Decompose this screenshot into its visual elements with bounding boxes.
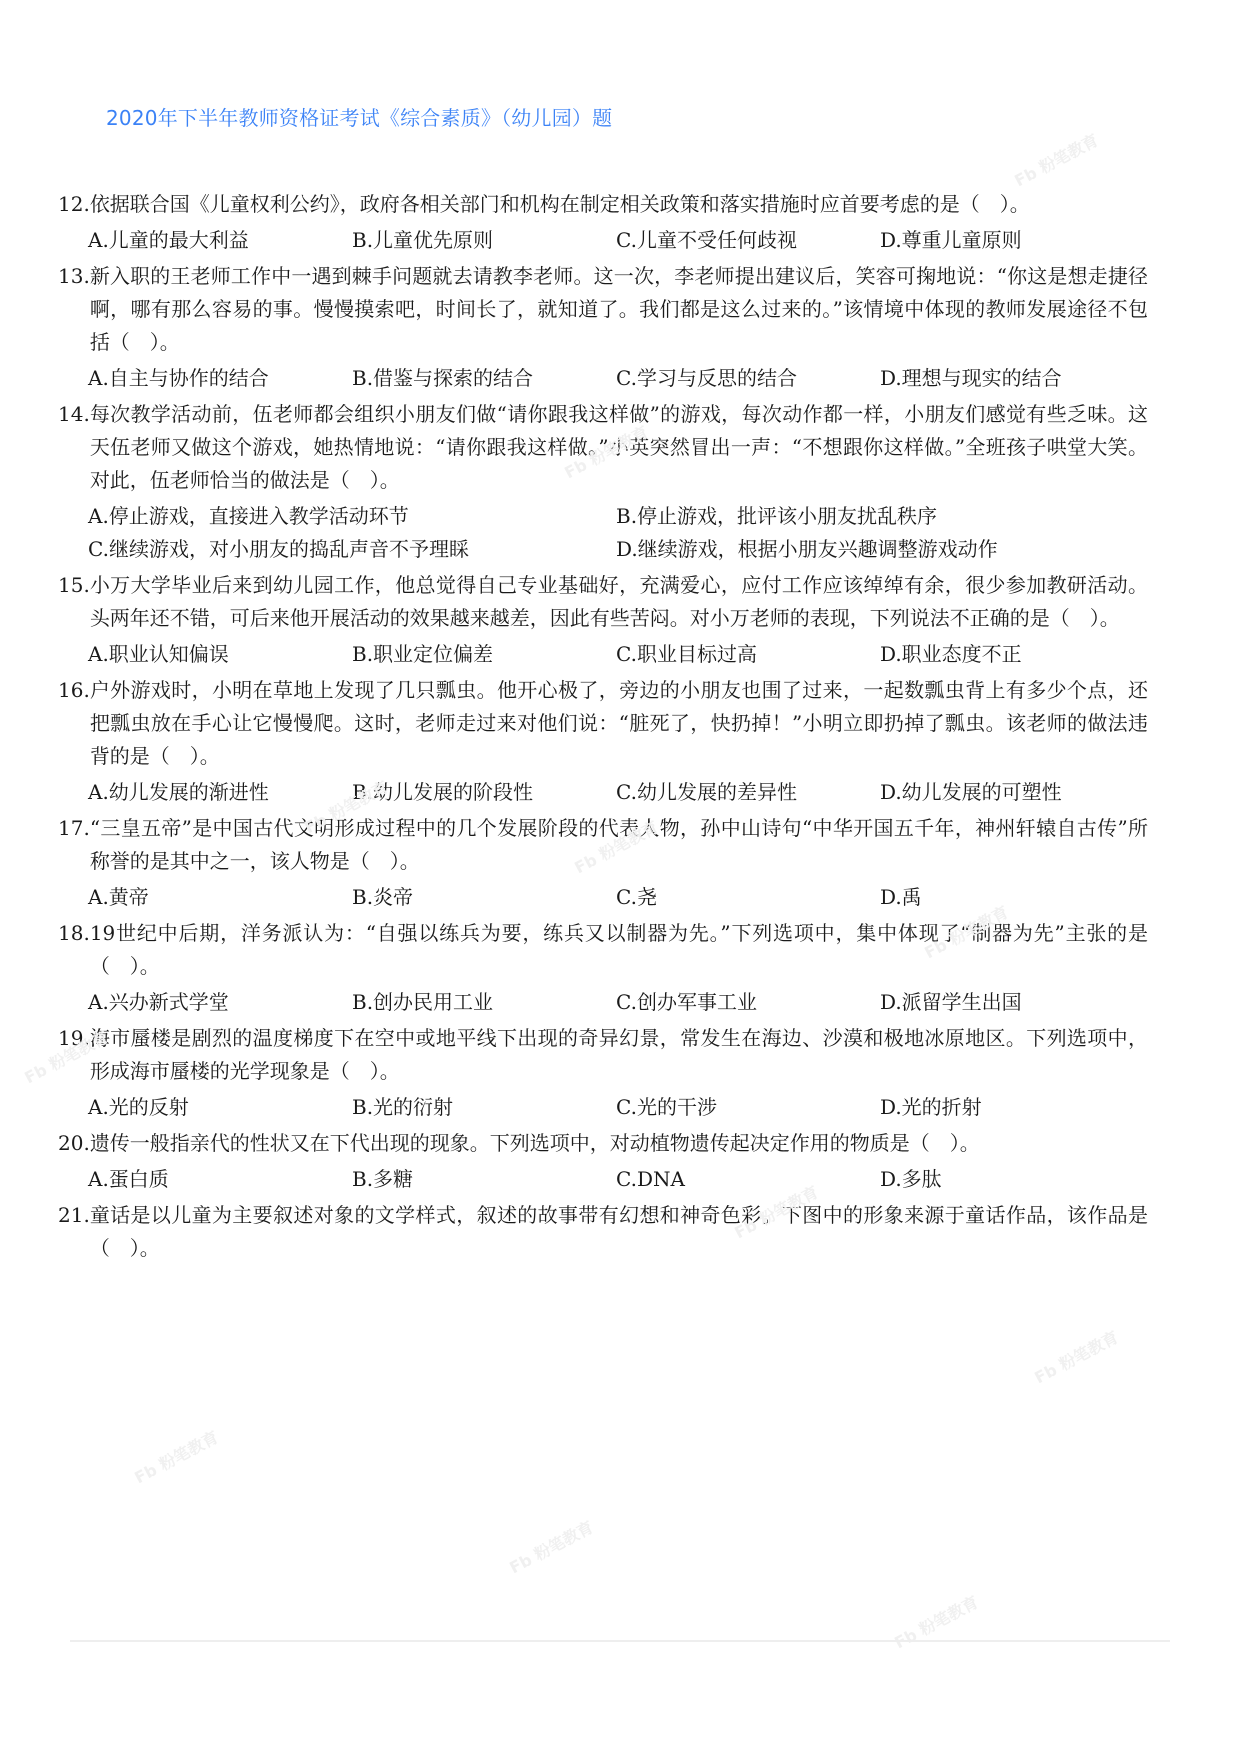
option-c: C.DNA xyxy=(616,1163,880,1196)
question-number: 17. xyxy=(58,812,90,878)
question-number: 14. xyxy=(58,398,90,497)
question-number: 12. xyxy=(58,188,90,221)
option-d: D.继续游戏，根据小朋友兴趣调整游戏动作 xyxy=(616,533,1144,566)
option-a: A.光的反射 xyxy=(88,1091,352,1124)
question-13: 13.新入职的王老师工作中一遇到棘手问题就去请教李老师。这一次，李老师提出建议后… xyxy=(58,260,1148,395)
question-number: 15. xyxy=(58,569,90,635)
option-c: C.职业目标过高 xyxy=(616,638,880,671)
option-b: B.创办民用工业 xyxy=(352,986,616,1019)
option-b: B.停止游戏，批评该小朋友扰乱秩序 xyxy=(616,500,1144,533)
question-stem: “三皇五帝”是中国古代文明形成过程中的几个发展阶段的代表人物，孙中山诗句“中华开… xyxy=(90,812,1148,878)
watermark: Fb 粉笔教育 xyxy=(890,1590,982,1653)
page-divider xyxy=(70,1640,1170,1642)
option-d: D.尊重儿童原则 xyxy=(880,224,1144,257)
question-stem: 遗传一般指亲代的性状又在下代出现的现象。下列选项中，对动植物遗传起决定作用的物质… xyxy=(90,1127,1148,1160)
option-a: A.自主与协作的结合 xyxy=(88,362,352,395)
option-c: C.继续游戏，对小朋友的捣乱声音不予理睬 xyxy=(88,533,616,566)
watermark: Fb 粉笔教育 xyxy=(505,1515,597,1578)
question-stem: 19世纪中后期，洋务派认为：“自强以练兵为要，练兵又以制器为先。”下列选项中，集… xyxy=(90,917,1148,983)
option-d: D.多肽 xyxy=(880,1163,1144,1196)
options: A.蛋白质 B.多糖 C.DNA D.多肽 xyxy=(58,1163,1148,1196)
option-a: A.黄帝 xyxy=(88,881,352,914)
options: A.黄帝 B.炎帝 C.尧 D.禹 xyxy=(58,881,1148,914)
question-number: 18. xyxy=(58,917,90,983)
watermark: Fb 粉笔教育 xyxy=(1010,128,1102,191)
option-b: B.幼儿发展的阶段性 xyxy=(352,776,616,809)
options: A.停止游戏，直接进入教学活动环节 B.停止游戏，批评该小朋友扰乱秩序 C.继续… xyxy=(58,500,1148,566)
option-d: D.职业态度不正 xyxy=(880,638,1144,671)
option-b: B.儿童优先原则 xyxy=(352,224,616,257)
option-b: B.职业定位偏差 xyxy=(352,638,616,671)
option-b: B.多糖 xyxy=(352,1163,616,1196)
options: A.职业认知偏误 B.职业定位偏差 C.职业目标过高 D.职业态度不正 xyxy=(58,638,1148,671)
question-15: 15.小万大学毕业后来到幼儿园工作，他总觉得自己专业基础好，充满爱心，应付工作应… xyxy=(58,569,1148,671)
question-stem: 依据联合国《儿童权利公约》，政府各相关部门和机构在制定相关政策和落实措施时应首要… xyxy=(90,188,1148,221)
option-a: A.蛋白质 xyxy=(88,1163,352,1196)
question-16: 16.户外游戏时，小明在草地上发现了几只瓢虫。他开心极了，旁边的小朋友也围了过来… xyxy=(58,674,1148,809)
option-b: B.光的衍射 xyxy=(352,1091,616,1124)
option-a: A.兴办新式学堂 xyxy=(88,986,352,1019)
question-number: 16. xyxy=(58,674,90,773)
question-stem: 小万大学毕业后来到幼儿园工作，他总觉得自己专业基础好，充满爱心，应付工作应该绰绰… xyxy=(90,569,1148,635)
option-a: A.停止游戏，直接进入教学活动环节 xyxy=(88,500,616,533)
question-stem: 童话是以儿童为主要叙述对象的文学样式，叙述的故事带有幻想和神奇色彩。下图中的形象… xyxy=(90,1199,1148,1265)
option-c: C.学习与反思的结合 xyxy=(616,362,880,395)
question-17: 17.“三皇五帝”是中国古代文明形成过程中的几个发展阶段的代表人物，孙中山诗句“… xyxy=(58,812,1148,914)
option-c: C.幼儿发展的差异性 xyxy=(616,776,880,809)
options: A.幼儿发展的渐进性 B.幼儿发展的阶段性 C.幼儿发展的差异性 D.幼儿发展的… xyxy=(58,776,1148,809)
question-19: 19.海市蜃楼是剧烈的温度梯度下在空中或地平线下出现的奇异幻景，常发生在海边、沙… xyxy=(58,1022,1148,1124)
option-b: B.借鉴与探索的结合 xyxy=(352,362,616,395)
question-12: 12.依据联合国《儿童权利公约》，政府各相关部门和机构在制定相关政策和落实措施时… xyxy=(58,188,1148,257)
option-d: D.幼儿发展的可塑性 xyxy=(880,776,1144,809)
option-a: A.幼儿发展的渐进性 xyxy=(88,776,352,809)
question-stem: 新入职的王老师工作中一遇到棘手问题就去请教李老师。这一次，李老师提出建议后，笑容… xyxy=(90,260,1148,359)
option-c: C.儿童不受任何歧视 xyxy=(616,224,880,257)
question-stem: 每次教学活动前，伍老师都会组织小朋友们做“请你跟我这样做”的游戏，每次动作都一样… xyxy=(90,398,1148,497)
options: A.兴办新式学堂 B.创办民用工业 C.创办军事工业 D.派留学生出国 xyxy=(58,986,1148,1019)
option-b: B.炎帝 xyxy=(352,881,616,914)
option-d: D.派留学生出国 xyxy=(880,986,1144,1019)
document-title: 2020年下半年教师资格证考试《综合素质》（幼儿园）题 xyxy=(106,102,612,131)
option-d: D.禹 xyxy=(880,881,1144,914)
question-18: 18.19世纪中后期，洋务派认为：“自强以练兵为要，练兵又以制器为先。”下列选项… xyxy=(58,917,1148,1019)
question-number: 20. xyxy=(58,1127,90,1160)
options: A.光的反射 B.光的衍射 C.光的干涉 D.光的折射 xyxy=(58,1091,1148,1124)
question-14: 14.每次教学活动前，伍老师都会组织小朋友们做“请你跟我这样做”的游戏，每次动作… xyxy=(58,398,1148,566)
question-list: 12.依据联合国《儿童权利公约》，政府各相关部门和机构在制定相关政策和落实措施时… xyxy=(58,188,1148,1265)
option-a: A.儿童的最大利益 xyxy=(88,224,352,257)
option-a: A.职业认知偏误 xyxy=(88,638,352,671)
options: A.儿童的最大利益 B.儿童优先原则 C.儿童不受任何歧视 D.尊重儿童原则 xyxy=(58,224,1148,257)
question-number: 21. xyxy=(58,1199,90,1265)
option-d: D.光的折射 xyxy=(880,1091,1144,1124)
question-number: 13. xyxy=(58,260,90,359)
watermark: Fb 粉笔教育 xyxy=(130,1425,222,1488)
option-c: C.尧 xyxy=(616,881,880,914)
options: A.自主与协作的结合 B.借鉴与探索的结合 C.学习与反思的结合 D.理想与现实… xyxy=(58,362,1148,395)
question-number: 19. xyxy=(58,1022,90,1088)
option-c: C.创办军事工业 xyxy=(616,986,880,1019)
question-stem: 户外游戏时，小明在草地上发现了几只瓢虫。他开心极了，旁边的小朋友也围了过来，一起… xyxy=(90,674,1148,773)
question-21: 21.童话是以儿童为主要叙述对象的文学样式，叙述的故事带有幻想和神奇色彩。下图中… xyxy=(58,1199,1148,1265)
watermark: Fb 粉笔教育 xyxy=(1030,1325,1122,1388)
question-20: 20.遗传一般指亲代的性状又在下代出现的现象。下列选项中，对动植物遗传起决定作用… xyxy=(58,1127,1148,1196)
option-d: D.理想与现实的结合 xyxy=(880,362,1144,395)
option-c: C.光的干涉 xyxy=(616,1091,880,1124)
question-stem: 海市蜃楼是剧烈的温度梯度下在空中或地平线下出现的奇异幻景，常发生在海边、沙漠和极… xyxy=(90,1022,1148,1088)
